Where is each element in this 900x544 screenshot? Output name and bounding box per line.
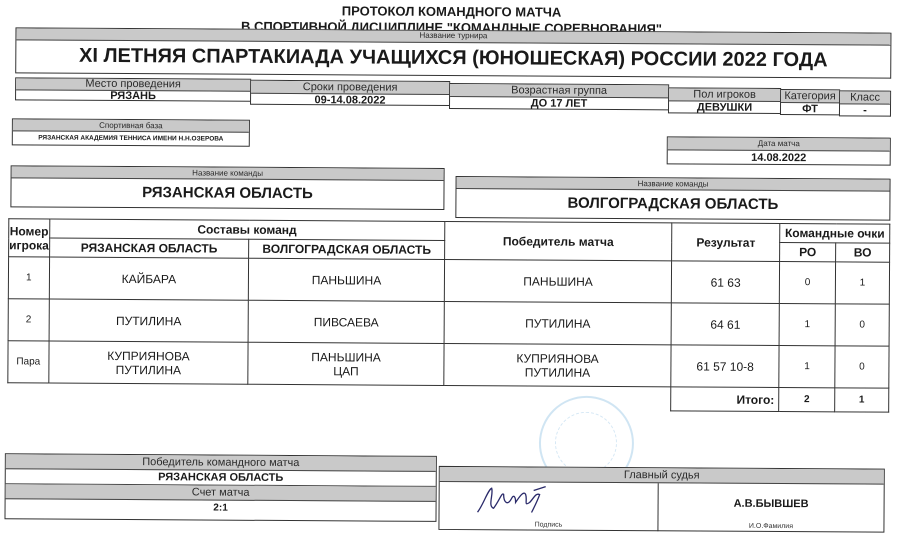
match-result: 64 61 bbox=[671, 303, 779, 346]
totals-row: Итого: 2 1 bbox=[8, 383, 889, 412]
match-date-value: 14.08.2022 bbox=[668, 150, 890, 165]
col-header-result: Результат bbox=[672, 223, 780, 262]
match-score-value: 2:1 bbox=[6, 499, 436, 517]
player-number: Пара bbox=[8, 341, 49, 383]
gender-value: ДЕВУШКИ bbox=[669, 101, 780, 114]
points-vo: 0 bbox=[835, 346, 889, 388]
points-vo: 0 bbox=[835, 304, 889, 346]
match-date-label: Дата матча bbox=[668, 137, 890, 151]
col-header-points: Командные очки bbox=[780, 224, 890, 244]
col-header-vo: ВО bbox=[836, 243, 890, 262]
venue-box: Место проведения РЯЗАНЬ bbox=[15, 77, 251, 101]
class-value: - bbox=[840, 104, 890, 116]
total-vo: 1 bbox=[835, 388, 889, 412]
signature-label: Подпись bbox=[439, 521, 657, 529]
match-result: 61 63 bbox=[672, 261, 780, 304]
signature-cell: Подпись bbox=[439, 482, 658, 531]
gender-box: Пол игроков ДЕВУШКИ bbox=[668, 87, 781, 114]
match-winner: ПАНЬШИНА bbox=[444, 259, 672, 302]
team2-player: ПАНЬШИНА bbox=[249, 258, 445, 301]
dates-value: 09-14.08.2022 bbox=[251, 94, 449, 107]
team-left-name: РЯЗАНСКАЯ ОБЛАСТЬ bbox=[11, 178, 443, 209]
match-date-box: Дата матча 14.08.2022 bbox=[667, 136, 891, 165]
class-label: Класс bbox=[840, 91, 890, 104]
age-group-label: Возрастная группа bbox=[450, 84, 668, 98]
team1-player: КУПРИЯНОВА ПУТИЛИНА bbox=[49, 341, 249, 384]
table-row: 2 ПУТИЛИНА ПИВСАЕВА ПУТИЛИНА 64 61 1 0 bbox=[8, 299, 889, 346]
points-ro: 1 bbox=[779, 304, 835, 346]
class-box: Класс - bbox=[839, 90, 891, 116]
table-row: Пара КУПРИЯНОВА ПУТИЛИНА ПАНЬШИНА ЦАП КУ… bbox=[8, 341, 889, 388]
team1-player: КАЙБАРА bbox=[49, 257, 249, 300]
age-group-value: ДО 17 ЛЕТ bbox=[450, 97, 668, 110]
col-header-lineups: Составы команд bbox=[49, 219, 444, 240]
col-header-number: Номер игрока bbox=[9, 219, 50, 257]
col-header-team2: ВОЛГОГРАДСКАЯ ОБЛАСТЬ bbox=[249, 239, 445, 259]
points-vo: 1 bbox=[835, 262, 889, 304]
team-left-box: Название команды РЯЗАНСКАЯ ОБЛАСТЬ bbox=[10, 165, 444, 210]
player-number: 1 bbox=[8, 257, 49, 299]
sport-base-value: РЯЗАНСКАЯ АКАДЕМИЯ ТЕННИСА ИМЕНИ Н.Н.ОЗЕ… bbox=[13, 131, 249, 146]
venue-value: РЯЗАНЬ bbox=[16, 90, 250, 102]
tournament-name: XI ЛЕТНЯЯ СПАРТАКИАДА УЧАЩИХСЯ (ЮНОШЕСКА… bbox=[16, 40, 890, 75]
points-ro: 0 bbox=[779, 262, 835, 304]
team-right-name: ВОЛГОГРАДСКАЯ ОБЛАСТЬ bbox=[456, 189, 889, 220]
team1-player: ПУТИЛИНА bbox=[49, 299, 249, 342]
team-right-box: Название команды ВОЛГОГРАДСКАЯ ОБЛАСТЬ bbox=[455, 176, 890, 221]
match-result: 61 57 10-8 bbox=[671, 345, 779, 388]
team-winner-box: Победитель командного матча РЯЗАНСКАЯ ОБ… bbox=[4, 453, 436, 522]
judge-name-label: И.О.Фамилия bbox=[658, 522, 883, 530]
col-header-winner: Победитель матча bbox=[444, 221, 672, 260]
table-row: 1 КАЙБАРА ПАНЬШИНА ПАНЬШИНА 61 63 0 1 bbox=[8, 257, 889, 304]
points-ro: 1 bbox=[779, 346, 835, 388]
match-winner: ПУТИЛИНА bbox=[444, 301, 672, 344]
match-winner: КУПРИЯНОВА ПУТИЛИНА bbox=[444, 343, 672, 386]
match-results-table: Номер игрока Составы команд Победитель м… bbox=[7, 218, 890, 412]
judge-name: А.В.БЫВШЕВ bbox=[659, 497, 884, 510]
protocol-page: ПРОТОКОЛ КОМАНДНОГО МАТЧА В СПОРТИВНОЙ Д… bbox=[0, 0, 900, 544]
total-label: Итого: bbox=[671, 387, 779, 412]
col-header-team1: РЯЗАНСКАЯ ОБЛАСТЬ bbox=[49, 238, 249, 258]
total-ro: 2 bbox=[779, 388, 835, 412]
signature-mark bbox=[473, 484, 553, 518]
player-number: 2 bbox=[8, 299, 49, 341]
tournament-box: Название турнира XI ЛЕТНЯЯ СПАРТАКИАДА У… bbox=[15, 27, 891, 78]
gender-label: Пол игроков bbox=[669, 88, 780, 102]
team2-player: ПАНЬШИНА ЦАП bbox=[248, 342, 444, 385]
judge-name-cell: А.В.БЫВШЕВ И.О.Фамилия bbox=[658, 483, 883, 532]
team2-player: ПИВСАЕВА bbox=[248, 300, 444, 343]
chief-judge-box: Главный судья Подпись А.В.БЫВШЕВ И.О.Фам… bbox=[438, 466, 884, 533]
col-header-ro: РО bbox=[780, 243, 836, 262]
category-value: ФТ bbox=[781, 103, 839, 115]
age-group-box: Возрастная группа ДО 17 ЛЕТ bbox=[449, 83, 669, 110]
dates-box: Сроки проведения 09-14.08.2022 bbox=[250, 80, 450, 106]
category-box: Категория ФТ bbox=[780, 89, 840, 115]
stamp-inner-ring bbox=[555, 412, 617, 474]
sport-base-box: Спортивная база РЯЗАНСКАЯ АКАДЕМИЯ ТЕННИ… bbox=[12, 118, 250, 146]
category-label: Категория bbox=[781, 90, 839, 103]
dates-label: Сроки проведения bbox=[251, 81, 449, 95]
